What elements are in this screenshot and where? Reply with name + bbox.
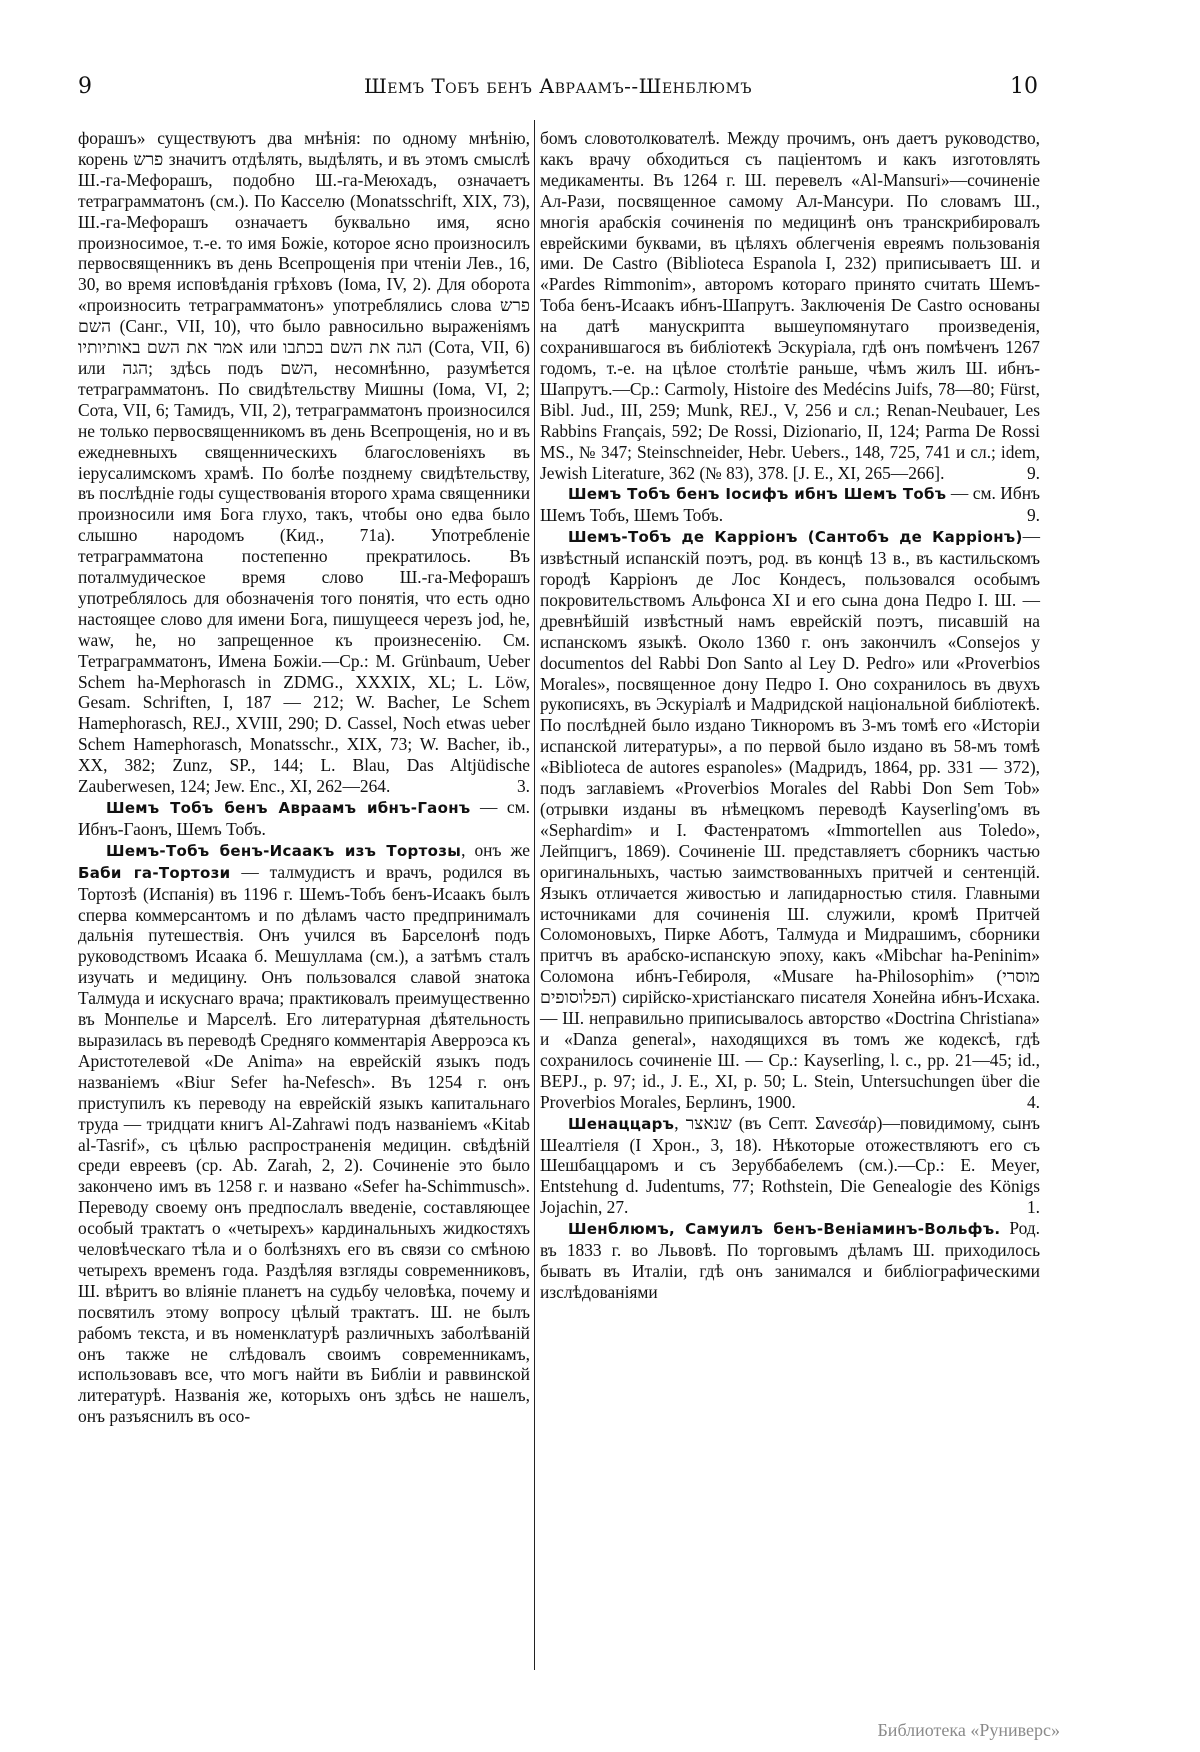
- entry-shem-tob-tortosa: Шемъ-Тобъ бенъ-Исаакъ изъ Тортозы, онъ ж…: [78, 840, 530, 1427]
- entry-body: —извѣстный испанскій поэтъ, род. въ конц…: [540, 526, 1040, 1111]
- entry-headword: Шемъ Тобъ бенъ Авраамъ ибнъ-Гаонъ: [106, 799, 470, 817]
- author-marker: 9.: [999, 505, 1040, 526]
- entry-shenatzar: Шенаццаръ, שנאצר (въ Септ. Σανεσάρ)—пови…: [540, 1113, 1040, 1219]
- page-header: 9 Шемъ Тобъ бенъ Авраамъ--Шенблюмъ 10: [78, 70, 1038, 110]
- author-marker: 3.: [517, 776, 530, 797]
- entry-shem-tob-ben-iosif: Шемъ Тобъ бенъ Іосифъ ибнъ Шемъ Тобъ — с…: [540, 483, 1040, 526]
- entry-shem-tob-de-carrion: Шемъ-Тобъ де Карріонъ (Сантобъ де Карріо…: [540, 526, 1040, 1112]
- entry-headword: Шенблюмъ, Самуилъ бенъ-Веніаминъ-Вольфъ.: [568, 1220, 1000, 1238]
- entry-headword: Шемъ-Тобъ бенъ-Исаакъ изъ Тортозы: [106, 842, 461, 860]
- column-divider: [534, 120, 535, 1670]
- entry-body: — талмудистъ и врачъ, родился въ Тортозѣ…: [78, 862, 530, 1427]
- entry-headword: Шемъ Тобъ бенъ Іосифъ ибнъ Шемъ Тобъ: [568, 485, 946, 503]
- article-text-continued: форашъ» существуютъ два мнѣнія: по одном…: [78, 128, 530, 797]
- page-number-right: 10: [1010, 74, 1038, 99]
- author-marker: 9.: [1027, 463, 1040, 484]
- article-body: форашъ» существуютъ два мнѣнія: по одном…: [78, 128, 530, 796]
- entry-headword: Шенаццаръ: [568, 1115, 674, 1133]
- running-title: Шемъ Тобъ бенъ Авраамъ--Шенблюмъ: [78, 74, 1038, 98]
- entry-shem-tob-ben-avraam: Шемъ Тобъ бенъ Авраамъ ибнъ-Гаонъ — см. …: [78, 797, 530, 840]
- article-body: бомъ словотолкователѣ. Между прочимъ, он…: [540, 128, 1040, 483]
- author-marker: 4.: [999, 1092, 1040, 1113]
- entry-headword-alt: Баби га-Тортози: [78, 864, 230, 882]
- entry-connector: , онъ же: [461, 840, 530, 860]
- entry-schoenblum: Шенблюмъ, Самуилъ бенъ-Веніаминъ-Вольфъ.…: [540, 1218, 1040, 1303]
- left-column: форашъ» существуютъ два мнѣнія: по одном…: [78, 128, 530, 1427]
- article-text-continued: бомъ словотолкователѣ. Между прочимъ, он…: [540, 128, 1040, 483]
- author-marker: 1.: [999, 1197, 1040, 1218]
- right-column: бомъ словотолкователѣ. Между прочимъ, он…: [540, 128, 1040, 1303]
- library-watermark: Библиотека «Руниверс»: [877, 1720, 1060, 1741]
- entry-headword: Шемъ-Тобъ де Карріонъ (Сантобъ де Карріо…: [568, 528, 1023, 546]
